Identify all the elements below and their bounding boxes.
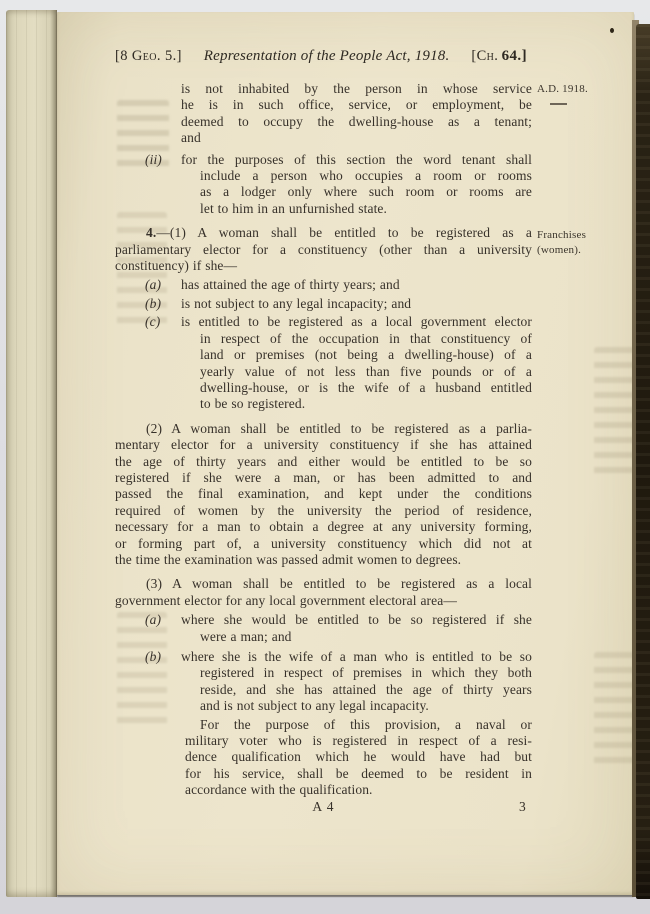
text-line: were a man; and: [115, 629, 532, 645]
list-marker: (b): [145, 649, 181, 665]
binding-speck: [610, 28, 614, 33]
text-line: (b)is not subject to any legal incapacit…: [115, 296, 532, 312]
regnal-year: [8 Geo. 5.]: [115, 48, 182, 65]
list-marker: (a): [145, 612, 181, 628]
paragraph-block: (a)has attained the age of thirty years;…: [115, 277, 532, 293]
text-line: passed the final examination, and kept u…: [115, 486, 532, 502]
margin-note-franchises: Franchises (women).: [537, 228, 609, 257]
text-line: for his service, shall be deemed to be r…: [115, 766, 532, 782]
text-line: as a lodger only where such room or room…: [115, 184, 532, 200]
text-line: land or premises (not being a dwelling-h…: [115, 347, 532, 363]
text-line: dwelling-house, or is the wife of a husb…: [115, 380, 532, 396]
text-line: (b)where she is the wife of a man who is…: [115, 649, 532, 665]
list-marker: (ii): [145, 152, 181, 168]
book-cover-edge: [636, 24, 650, 899]
text-line: deemed to occupy the dwelling-house as a…: [115, 114, 532, 130]
text-line: include a person who occupies a room or …: [115, 168, 532, 184]
paragraph-block: (c)is entitled to be registered as a loc…: [115, 314, 532, 412]
text-line: the age of thirty years and either would…: [115, 454, 532, 470]
text-line: (a)has attained the age of thirty years;…: [115, 277, 532, 293]
printer-signature: A 4: [115, 799, 532, 815]
text-line: (c)is entitled to be registered as a loc…: [115, 314, 532, 330]
text-line: (a)where she would be entitled to be so …: [115, 612, 532, 628]
text-line: and is not subject to any legal incapaci…: [115, 698, 532, 714]
text-line: in respect of the occupation in that con…: [115, 331, 532, 347]
text-line: government elector for any local governm…: [115, 593, 532, 609]
text-line: mentary elector for a university constit…: [115, 437, 532, 453]
text-line: (3) A woman shall be entitled to be regi…: [115, 576, 532, 592]
list-marker: (a): [145, 277, 181, 293]
text-line: yearly value of not less than five pound…: [115, 364, 532, 380]
list-marker: 4.: [146, 225, 156, 241]
margin-note-rule: [550, 103, 567, 105]
text-line: reside, and she has attained the age of …: [115, 682, 532, 698]
text-line: registered in respect of premises in whi…: [115, 665, 532, 681]
text-line: constituency) if she—: [115, 258, 532, 274]
text-line: 4.—(1) A woman shall be entitled to be r…: [115, 225, 532, 241]
page-number: 3: [519, 799, 526, 815]
chapter-number: [Ch. 64.]: [471, 48, 527, 65]
paragraph-block: (b)is not subject to any legal incapacit…: [115, 296, 532, 312]
text-line: dence qualification which he would have …: [115, 749, 532, 765]
text-line: required of women by the university the …: [115, 503, 532, 519]
margin-note-date: A.D. 1918.: [537, 83, 588, 95]
text-line: let to him in an unfurnished state.: [115, 201, 532, 217]
paragraph-block: (b)where she is the wife of a man who is…: [115, 649, 532, 715]
text-line: military voter who is registered in resp…: [115, 733, 532, 749]
text-line: accordance with the qualification.: [115, 782, 532, 798]
text-line: he is in such office, service, or employ…: [115, 97, 532, 113]
text-line: registered if she were a man, or has bee…: [115, 470, 532, 486]
photo-background: [8 Geo. 5.] Representation of the People…: [0, 0, 650, 914]
text-line: the time the examination was passed admi…: [115, 552, 532, 568]
paragraph-block: (3) A woman shall be entitled to be regi…: [115, 576, 532, 609]
text-line: to be so registered.: [115, 396, 532, 412]
paragraph-block: (a)where she would be entitled to be so …: [115, 612, 532, 645]
text-line: (ii)for the purposes of this section the…: [115, 152, 532, 168]
list-marker: (b): [145, 296, 181, 312]
text-line: and: [115, 130, 532, 146]
paragraph-block: 4.—(1) A woman shall be entitled to be r…: [115, 225, 532, 274]
paragraph-block: (ii)for the purposes of this section the…: [115, 152, 532, 218]
text-line: necessary for a man to obtain a degree a…: [115, 519, 532, 535]
left-page-edges: [6, 10, 57, 897]
paragraph-block: (2) A woman shall be entitled to be regi…: [115, 421, 532, 569]
text-line: For the purpose of this provision, a nav…: [115, 717, 532, 733]
list-marker: (c): [145, 314, 181, 330]
running-head: [8 Geo. 5.] Representation of the People…: [115, 48, 527, 65]
paragraph-block: is not inhabited by the person in whose …: [115, 81, 532, 147]
body-text: is not inhabited by the person in whose …: [115, 81, 532, 799]
text-line: is not inhabited by the person in whose …: [115, 81, 532, 97]
act-title: Representation of the People Act, 1918.: [204, 48, 450, 65]
text-line: parliamentary elector for a constituency…: [115, 242, 532, 258]
paragraph-block: For the purpose of this provision, a nav…: [115, 717, 532, 799]
text-line: or forming part of, a university constit…: [115, 536, 532, 552]
text-line: (2) A woman shall be entitled to be regi…: [115, 421, 532, 437]
